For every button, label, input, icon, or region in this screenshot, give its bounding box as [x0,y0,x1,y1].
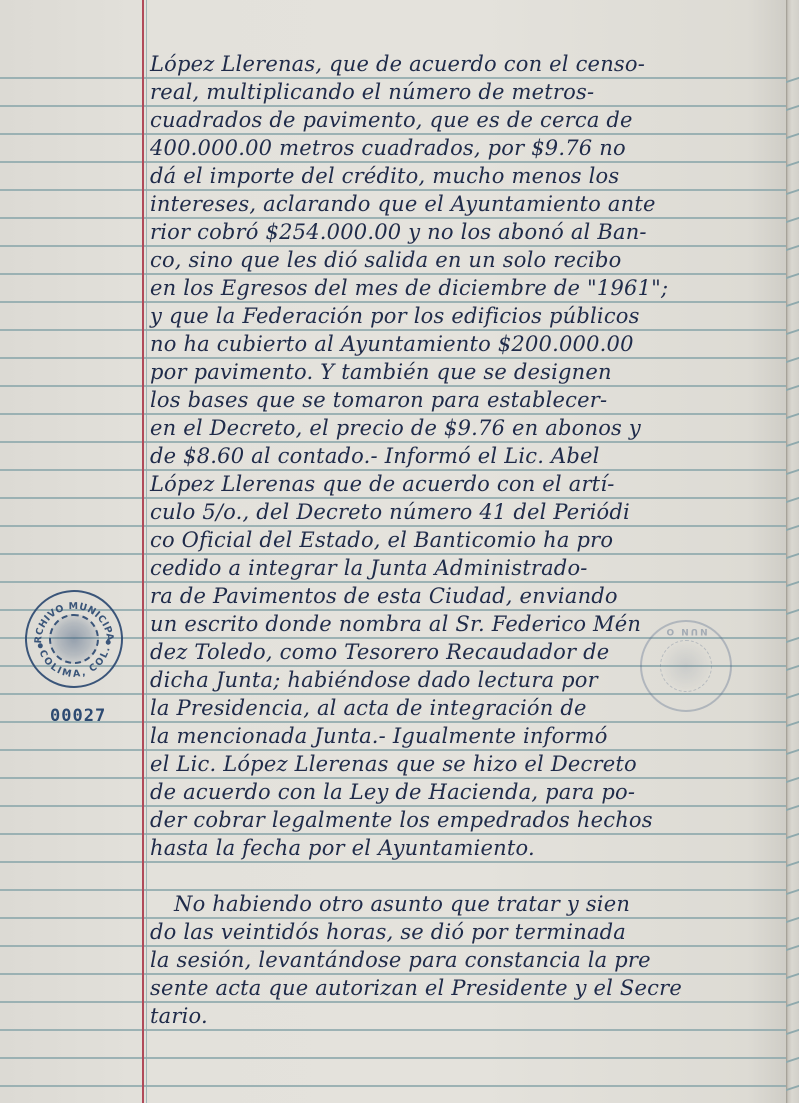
svg-text:COLIMA, COL.: COLIMA, COL. [36,645,114,682]
ruled-line [0,1085,787,1087]
ruled-line [0,1029,787,1031]
ruled-line-edge [786,637,799,643]
ruled-line-edge [786,469,799,475]
ruled-line-edge [786,301,799,307]
text-line: de acuerdo con la Ley de Hacienda, para … [150,779,780,805]
text-line: en el Decreto, el precio de $9.76 en abo… [150,415,780,441]
ruled-line-edge [786,833,799,839]
ruled-line-edge [786,1085,799,1091]
text-line: tario. [150,1003,780,1029]
ruled-line-edge [786,665,799,671]
text-line: el Lic. López Llerenas que se hizo el De… [150,751,780,777]
ruled-line-edge [786,693,799,699]
ruled-line-edge [786,889,799,895]
folio-number: 00027 [50,706,106,726]
ruled-line-edge [786,777,799,783]
ruled-line-edge [786,525,799,531]
ruled-line-edge [786,861,799,867]
ruled-line-edge [786,749,799,755]
text-line: sente acta que autorizan el Presidente y… [150,975,780,1001]
blue-margin-line [146,0,147,1103]
text-line: la mencionada Junta.- Igualmente informó [150,723,780,749]
text-line: de $8.60 al contado.- Informó el Lic. Ab… [150,443,780,469]
text-line: co, sino que les dió salida en un solo r… [150,247,780,273]
ruled-line-edge [786,329,799,335]
stamp-bottom-text: COLIMA, COL. [36,645,114,682]
ruled-line-edge [786,161,799,167]
ruled-line-edge [786,133,799,139]
faint-stamp-text: NUN O [642,626,730,636]
red-margin-line [142,0,144,1103]
text-line: intereses, aclarando que el Ayuntamiento… [150,191,780,217]
text-line: do las veintidós horas, se dió por termi… [150,919,780,945]
ruled-line-edge [786,385,799,391]
text-line: López Llerenas que de acuerdo con el art… [150,471,780,497]
text-line: la sesión, levantándose para constancia … [150,947,780,973]
text-line: real, multiplicando el número de metros- [150,79,780,105]
ruled-line-edge [786,245,799,251]
svg-text:ARCHIVO MUNICIPAL: ARCHIVO MUNICIPAL [25,590,116,647]
ledger-page: López Llerenas, que de acuerdo con el ce… [0,0,787,1103]
text-line: cedido a integrar la Junta Administrado- [150,555,780,581]
text-line: No habiendo otro asunto que tratar y sie… [174,891,787,917]
text-line: dá el importe del crédito, mucho menos l… [150,163,780,189]
ruled-line-edge [786,273,799,279]
ruled-line-edge [786,553,799,559]
stamp-top-text: ARCHIVO MUNICIPAL [25,590,116,647]
text-line: en los Egresos del mes de diciembre de "… [150,275,780,301]
ruled-line-edge [786,413,799,419]
archive-stamp: ARCHIVO MUNICIPAL COLIMA, COL. [23,588,126,691]
ruled-line-edge [786,945,799,951]
text-line: co Oficial del Estado, el Banticomio ha … [150,527,780,553]
text-line: los bases que se tomaron para establecer… [150,387,780,413]
text-line: López Llerenas, que de acuerdo con el ce… [150,51,780,77]
text-line: hasta la fecha por el Ayuntamiento. [150,835,780,861]
ruled-line-edge [786,917,799,923]
ruled-line-edge [786,105,799,111]
ruled-line [0,1057,787,1059]
star-icon [38,643,43,648]
ruled-line-edge [786,805,799,811]
ruled-line-edge [786,497,799,503]
ruled-line-edge [786,357,799,363]
ruled-line-edge [786,609,799,615]
stamp-ring-text: ARCHIVO MUNICIPAL COLIMA, COL. [25,590,124,689]
text-line: der cobrar legalmente los empedrados hec… [150,807,780,833]
book-page-edge [786,0,799,1103]
ruled-line-edge [786,721,799,727]
text-line: y que la Federación por los edificios pú… [150,303,780,329]
ruled-line-edge [786,217,799,223]
ruled-line-edge [786,973,799,979]
text-line: culo 5/o., del Decreto número 41 del Per… [150,499,780,525]
ruled-line-edge [786,581,799,587]
ruled-line-edge [786,77,799,83]
text-line: por pavimento. Y también que se designen [150,359,780,385]
ruled-line [0,861,787,863]
text-line: no ha cubierto al Ayuntamiento $200.000.… [150,331,780,357]
text-line: 400.000.00 metros cuadrados, por $9.76 n… [150,135,780,161]
text-line: ra de Pavimentos de esta Ciudad, enviand… [150,583,780,609]
ruled-line-edge [786,189,799,195]
faint-stamp-seal-icon [660,640,712,692]
text-line: cuadrados de pavimento, que es de cerca … [150,107,780,133]
faint-stamp-impression: NUN O [640,620,732,712]
text-line: rior cobró $254.000.00 y no los abonó al… [150,219,780,245]
ruled-line-edge [786,1057,799,1063]
ruled-line-edge [786,1029,799,1035]
ruled-line-edge [786,1001,799,1007]
ruled-line-edge [786,441,799,447]
